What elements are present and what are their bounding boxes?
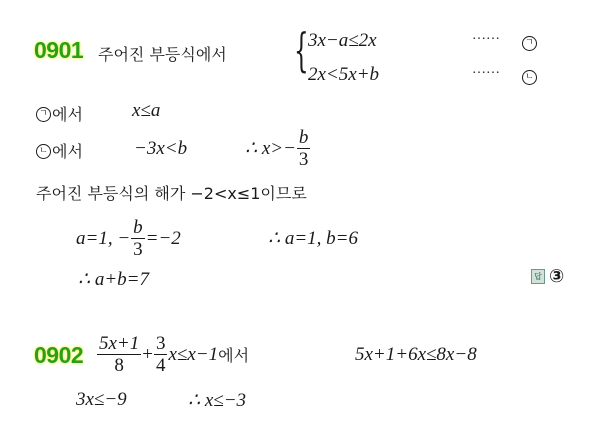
answer-value: ③ [549, 266, 564, 287]
fraction: b3 [297, 128, 311, 169]
problem-intro: 주어진 부등식에서 [98, 42, 227, 65]
fraction-1: 5x+18 [97, 334, 141, 375]
step-1-expr: x≤a [132, 100, 160, 122]
tag-circle-giyeok: ㄱ [522, 33, 537, 52]
problem-0902-expanded: 5x+1+6x≤8x−8 [355, 344, 477, 366]
step-3-text: 주어진 부등식의 해가 −2<x≤1이므로 [36, 181, 307, 204]
fraction-2: 34 [154, 334, 168, 375]
answer-icon: 답 [531, 269, 545, 284]
dots-1: …… [472, 28, 500, 44]
dots-2: …… [472, 62, 500, 78]
system-brace: { [294, 27, 309, 73]
problem-number-0901: 0901 [34, 37, 83, 64]
step-4-expr: a=1, − b3 =−2 [76, 218, 181, 259]
step-4-therefore: ∴ a=1, b=6 [268, 227, 358, 250]
problem-0902-therefore: ∴ x≤−3 [188, 389, 246, 412]
problem-0902-inequality: 5x+18 + 34 x≤x−1 에서 [96, 334, 249, 375]
step-2-expr: −3x<b [134, 138, 187, 160]
step-ref-suffix: 에서 [52, 139, 83, 162]
fraction: b3 [131, 218, 145, 259]
system-eq-1: 3x−a≤2x [308, 30, 377, 52]
system-eq-2: 2x<5x+b [308, 64, 379, 86]
problem-number-0902: 0902 [34, 342, 83, 369]
step-ref-suffix: 에서 [52, 102, 83, 125]
problem-0902-step: 3x≤−9 [76, 389, 127, 411]
step-2-therefore: ∴ x>− b3 [245, 128, 311, 169]
step-ref-giyeok: ㄱ [36, 104, 51, 123]
therefore-expr: ∴ x>− [245, 137, 296, 160]
tag-circle-nieun: ㄴ [522, 67, 537, 86]
step-5-therefore: ∴ a+b=7 [78, 268, 149, 291]
answer: 답③ [531, 266, 564, 287]
step-ref-nieun: ㄴ [36, 141, 51, 160]
